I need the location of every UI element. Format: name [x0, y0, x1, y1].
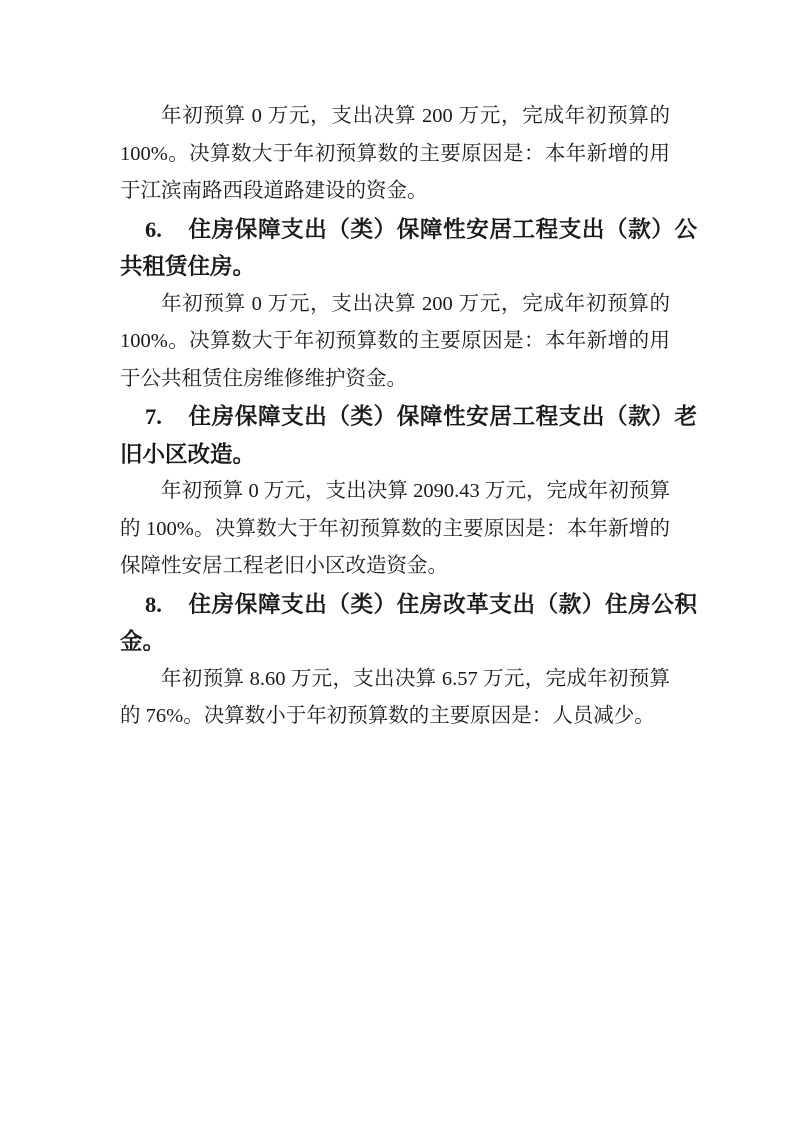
heading-number: 7. [145, 404, 162, 429]
document-content: 年初预算 0 万元，支出决算 200 万元，完成年初预算的 100%。决算数大于… [120, 98, 697, 736]
heading-text: 住房保障支出（类）保障性安居工程支出（款）公共租赁住房。 [120, 217, 697, 280]
heading-text: 住房保障支出（类）住房改革支出（款）住房公积金。 [120, 592, 697, 655]
heading-text: 住房保障支出（类）保障性安居工程支出（款）老旧小区改造。 [120, 404, 697, 467]
heading-number: 8. [145, 592, 162, 617]
document-page: 年初预算 0 万元，支出决算 200 万元，完成年初预算的 100%。决算数大于… [0, 0, 793, 1122]
body-paragraph: 年初预算 0 万元，支出决算 2090.43 万元，完成年初预算的 100%。决… [120, 473, 670, 586]
body-paragraph: 年初预算 0 万元，支出决算 200 万元，完成年初预算的 100%。决算数大于… [120, 98, 670, 211]
body-paragraph: 年初预算 8.60 万元，支出决算 6.57 万元，完成年初预算的 76%。决算… [120, 661, 670, 736]
body-paragraph: 年初预算 0 万元，支出决算 200 万元，完成年初预算的 100%。决算数大于… [120, 286, 670, 399]
heading-number: 6. [145, 217, 162, 242]
section-heading: 8.住房保障支出（类）住房改革支出（款）住房公积金。 [120, 586, 697, 661]
section-heading: 6.住房保障支出（类）保障性安居工程支出（款）公共租赁住房。 [120, 211, 697, 286]
section-heading: 7.住房保障支出（类）保障性安居工程支出（款）老旧小区改造。 [120, 398, 697, 473]
